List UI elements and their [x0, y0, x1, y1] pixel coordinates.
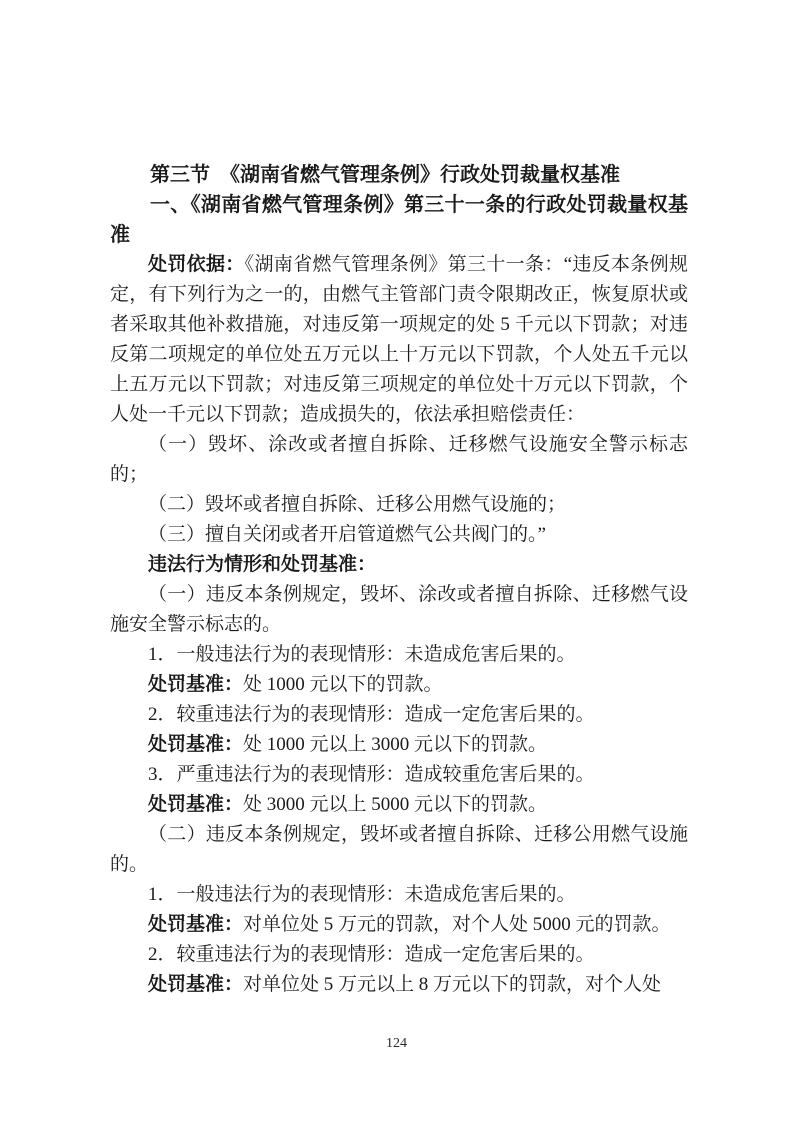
paragraph-label: 处罚基准： — [148, 674, 243, 695]
paragraph-standards-heading: 违法行为情形和处罚基准： — [110, 550, 688, 580]
paragraph-case-1-penalty-1: 处罚基准：处 1000 元以下的罚款。 — [110, 670, 688, 700]
paragraph-text: 处 1000 元以下的罚款。 — [243, 674, 443, 695]
paragraph-case-2-level-2: 2．较重违法行为的表现情形：造成一定危害后果的。 — [110, 940, 688, 970]
paragraph-text: 2．较重违法行为的表现情形：造成一定危害后果的。 — [148, 704, 595, 725]
paragraph-text: 对单位处 5 万元以上 8 万元以下的罚款，对个人处 — [243, 974, 661, 995]
paragraph-case-1-level-3: 3．严重违法行为的表现情形：造成较重危害后果的。 — [110, 760, 688, 790]
document-body: 第三节 《湖南省燃气管理条例》行政处罚裁量权基准 一、《湖南省燃气管理条例》第三… — [110, 160, 688, 1000]
paragraph-text: （一）违反本条例规定，毁坏、涂改或者擅自拆除、迁移燃气设施安全警示标志的。 — [110, 584, 688, 635]
paragraph-case-2: （二）违反本条例规定，毁坏或者擅自拆除、迁移公用燃气设施的。 — [110, 820, 688, 880]
paragraph-item-3: （三）擅自关闭或者开启管道燃气公共阀门的。” — [110, 520, 688, 550]
paragraph-text: （一）毁坏、涂改或者擅自拆除、迁移燃气设施安全警示标志的； — [110, 434, 688, 485]
paragraph-text: （三）擅自关闭或者开启管道燃气公共阀门的。” — [148, 524, 546, 545]
paragraph-label: 处罚基准： — [148, 974, 243, 995]
paragraph-text: （二）毁坏或者擅自拆除、迁移公用燃气设施的； — [148, 494, 566, 515]
paragraph-label: 处罚依据： — [148, 254, 245, 275]
paragraph-case-2-level-1: 1．一般违法行为的表现情形：未造成危害后果的。 — [110, 880, 688, 910]
paragraph-label: 处罚基准： — [148, 914, 243, 935]
paragraph-text: （二）违反本条例规定，毁坏或者擅自拆除、迁移公用燃气设施的。 — [110, 824, 688, 875]
paragraph-item-2: （二）毁坏或者擅自拆除、迁移公用燃气设施的； — [110, 490, 688, 520]
paragraph-case-1-penalty-2: 处罚基准：处 1000 元以上 3000 元以下的罚款。 — [110, 730, 688, 760]
document-page: 第三节 《湖南省燃气管理条例》行政处罚裁量权基准 一、《湖南省燃气管理条例》第三… — [0, 0, 793, 1122]
paragraph-text: 1．一般违法行为的表现情形：未造成危害后果的。 — [148, 644, 576, 665]
paragraph-label: 处罚基准： — [148, 734, 243, 755]
paragraph-text: 对单位处 5 万元的罚款，对个人处 5000 元的罚款。 — [243, 914, 671, 935]
paragraph-text: 处 1000 元以上 3000 元以下的罚款。 — [243, 734, 547, 755]
paragraph-text: 1．一般违法行为的表现情形：未造成危害后果的。 — [148, 884, 576, 905]
paragraph-label: 处罚基准： — [148, 794, 243, 815]
paragraph-text: 《湖南省燃气管理条例》第三十一条：“违反本条例规定，有下列行为之一的，由燃气主管… — [110, 254, 688, 425]
paragraph-item-1: （一）毁坏、涂改或者擅自拆除、迁移燃气设施安全警示标志的； — [110, 430, 688, 490]
paragraph-case-2-penalty-2: 处罚基准：对单位处 5 万元以上 8 万元以下的罚款，对个人处 — [110, 970, 688, 1000]
paragraph-penalty-basis: 处罚依据：《湖南省燃气管理条例》第三十一条：“违反本条例规定，有下列行为之一的，… — [110, 250, 688, 430]
paragraph-label: 违法行为情形和处罚基准： — [148, 554, 376, 575]
paragraph-text: 3．严重违法行为的表现情形：造成较重危害后果的。 — [148, 764, 595, 785]
paragraph-case-2-penalty-1: 处罚基准：对单位处 5 万元的罚款，对个人处 5000 元的罚款。 — [110, 910, 688, 940]
paragraph-text: 处 3000 元以上 5000 元以下的罚款。 — [243, 794, 547, 815]
subsection-heading: 一、《湖南省燃气管理条例》第三十一条的行政处罚裁量权基准 — [110, 190, 688, 250]
paragraph-case-1: （一）违反本条例规定，毁坏、涂改或者擅自拆除、迁移燃气设施安全警示标志的。 — [110, 580, 688, 640]
paragraph-text: 2．较重违法行为的表现情形：造成一定危害后果的。 — [148, 944, 595, 965]
paragraph-case-1-level-1: 1．一般违法行为的表现情形：未造成危害后果的。 — [110, 640, 688, 670]
section-heading: 第三节 《湖南省燃气管理条例》行政处罚裁量权基准 — [110, 160, 688, 190]
paragraph-case-1-penalty-3: 处罚基准：处 3000 元以上 5000 元以下的罚款。 — [110, 790, 688, 820]
page-number: 124 — [0, 1036, 793, 1052]
paragraph-case-1-level-2: 2．较重违法行为的表现情形：造成一定危害后果的。 — [110, 700, 688, 730]
